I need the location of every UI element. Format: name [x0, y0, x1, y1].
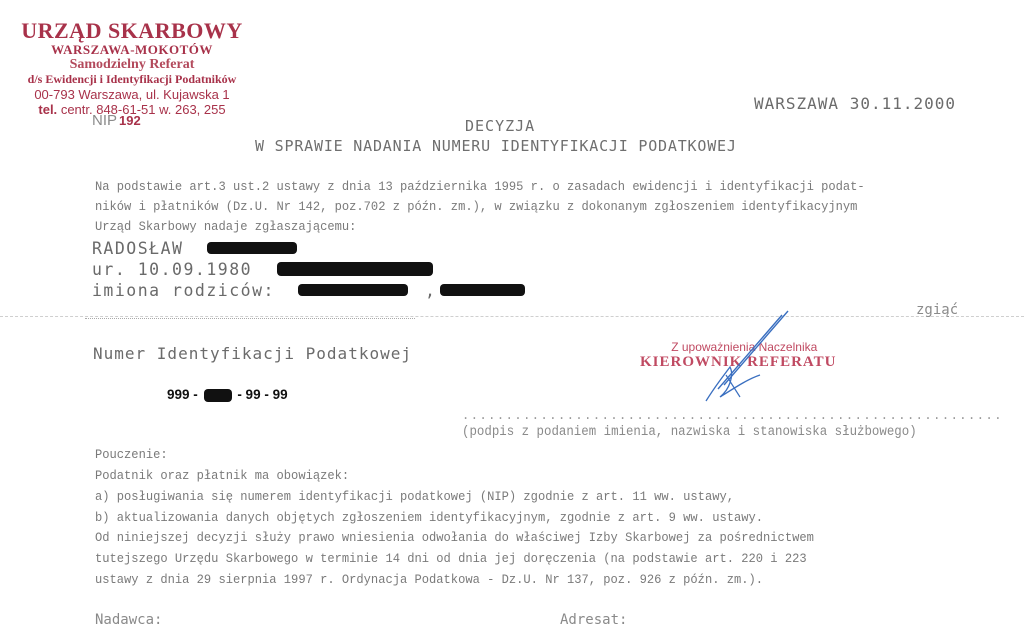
place-date: WARSZAWA 30.11.2000 — [754, 94, 956, 113]
nip-label: Numer Identyfikacji Podatkowej — [93, 344, 412, 363]
lead-line-3: Urząd Skarbowy nadaje zgłaszającemu: — [95, 219, 356, 234]
stamp-district: WARSZAWA-MOKOTÓW — [12, 42, 252, 57]
parents-separator: , — [425, 281, 436, 300]
recipient-label: Adresat: — [560, 612, 627, 628]
redaction-birth-place — [277, 262, 433, 276]
nip-part-1: 999 - — [167, 387, 198, 402]
instruction-line: ustawy z dnia 29 sierpnia 1997 r. Ordyna… — [95, 572, 763, 587]
stamp-unit: Samodzielny Referat — [12, 57, 252, 72]
taxpayer-first-name: RADOSŁAW — [92, 239, 183, 258]
stamp-phone-number: centr. 848-61-51 w. 263, 255 — [61, 102, 226, 117]
lead-line-2: ników i płatników (Dz.U. Nr 142, poz.702… — [95, 199, 857, 214]
redaction-father-name — [298, 284, 408, 296]
redaction-mother-name — [440, 284, 525, 296]
stamp-department: d/s Ewidencji i Identyfikacji Podatników — [12, 72, 252, 87]
fold-label: zgiąć — [916, 302, 958, 318]
instruction-line: Od niniejszej decyzji służy prawo wniesi… — [95, 530, 814, 545]
nip-part-3: - 99 - 99 — [237, 387, 287, 402]
redaction-surname — [207, 242, 297, 254]
taxpayer-birth-date: ur. 10.09.1980 — [92, 260, 252, 279]
handwritten-signature — [690, 305, 800, 405]
instruction-line: tutejszego Urzędu Skarbowego w terminie … — [95, 551, 807, 566]
signature-line: ........................................… — [462, 408, 1003, 422]
reference-label: NIP — [92, 112, 117, 129]
redaction-nip-part-2 — [204, 389, 232, 402]
stamp-office-name: URZĄD SKARBOWY — [12, 20, 252, 42]
stamp-address: 00-793 Warszawa, ul. Kujawska 1 — [12, 87, 252, 102]
instruction-line: b) aktualizowania danych objętych zgłosz… — [95, 510, 763, 525]
signature-caption: (podpis z podaniem imienia, nazwiska i s… — [462, 425, 917, 440]
sender-label: Nadawca: — [95, 612, 162, 628]
stamp-phone-prefix: tel. — [38, 102, 57, 117]
nip-number: 999 - - 99 - 99 — [167, 387, 288, 402]
lead-line-1: Na podstawie art.3 ust.2 ustawy z dnia 1… — [95, 179, 865, 194]
document-subtitle: W SPRAWIE NADANIA NUMERU IDENTYFIKACJI P… — [255, 137, 737, 155]
parents-names-label: imiona rodziców: — [92, 281, 275, 300]
reference-value: 192 — [119, 113, 141, 128]
document-title: DECYZJA — [465, 117, 535, 135]
instruction-line: Podatnik oraz płatnik ma obowiązek: — [95, 468, 349, 483]
instruction-line: a) posługiwania się numerem identyfikacj… — [95, 489, 734, 504]
fold-dotted-line — [85, 318, 415, 320]
reference-number: NIP192 — [92, 112, 141, 129]
office-stamp: URZĄD SKARBOWY WARSZAWA-MOKOTÓW Samodzie… — [12, 20, 252, 117]
instruction-heading: Pouczenie: — [95, 447, 168, 462]
